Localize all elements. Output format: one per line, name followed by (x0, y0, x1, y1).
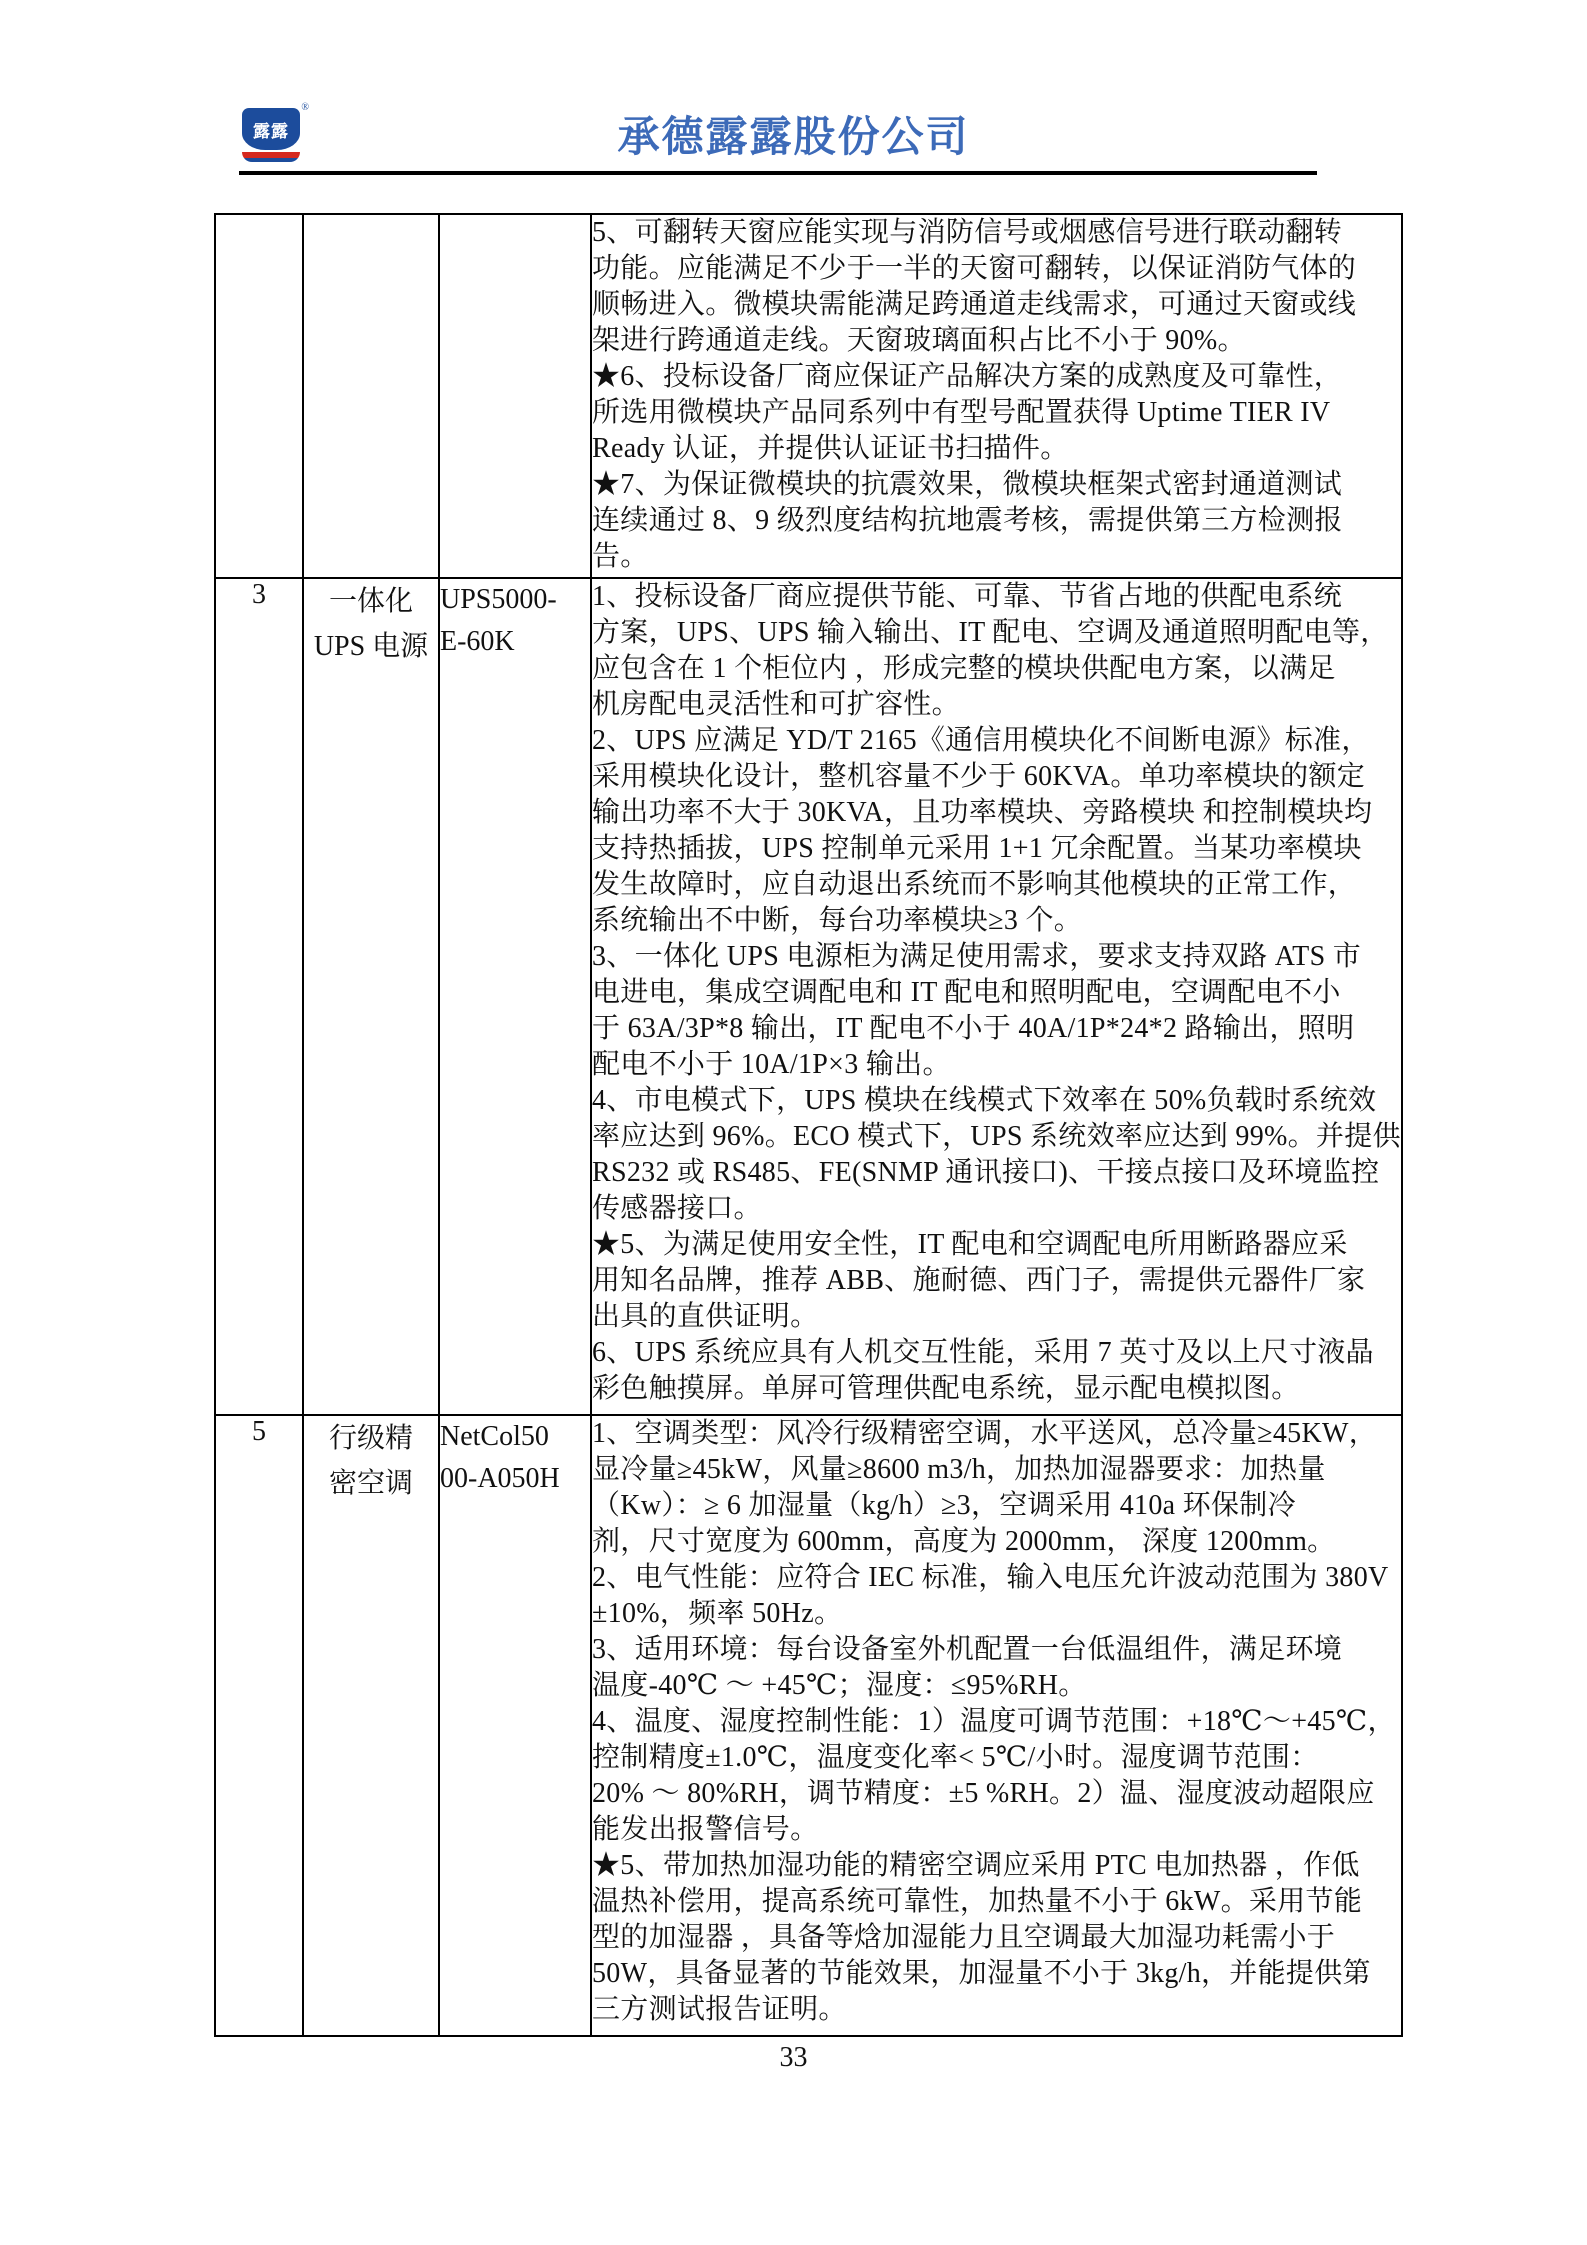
cell-item-spec: 1、空调类型：风冷行级精密空调，水平送风，总冷量≥45KW，显冷量≥45kW，风… (591, 1415, 1402, 2036)
text-line: 用知名品牌，推荐 ABB、施耐德、西门子，需提供元器件厂家 (592, 1263, 1401, 1299)
table-row: 5 行级精密空调 NetCol5000-A050H 1、空调类型：风冷行级精密空… (215, 1415, 1402, 2036)
cell-item-number (215, 214, 303, 578)
cell-item-name: 行级精密空调 (303, 1415, 439, 2036)
text-line: 出具的直供证明。 (592, 1299, 1401, 1335)
cell-item-model: UPS5000-E-60K (439, 578, 591, 1415)
text-line: 2、UPS 应满足 YD/T 2165《通信用模块化不间断电源》标准， (592, 723, 1401, 759)
text-line: 行级精 (304, 1416, 438, 1461)
text-line: 2、电气性能：应符合 IEC 标准，输入电压允许波动范围为 380V (592, 1560, 1401, 1596)
cell-item-model (439, 214, 591, 578)
cell-item-spec: 5、可翻转天窗应能实现与消防信号或烟感信号进行联动翻转功能。应能满足不少于一半的… (591, 214, 1402, 578)
text-line: RS232 或 RS485、FE(SNMP 通讯接口)、干接点接口及环境监控 (592, 1155, 1401, 1191)
table-row: 5、可翻转天窗应能实现与消防信号或烟感信号进行联动翻转功能。应能满足不少于一半的… (215, 214, 1402, 578)
text-line: E-60K (440, 621, 590, 663)
text-line: 功能。应能满足不少于一半的天窗可翻转，以保证消防气体的 (592, 251, 1401, 287)
text-line: 彩色触摸屏。单屏可管理供配电系统，显示配电模拟图。 (592, 1371, 1401, 1407)
text-line: 所选用微模块产品同系列中有型号配置获得 Uptime TIER IV (592, 395, 1401, 431)
text-line: UPS 电源 (304, 624, 438, 669)
text-line: 率应达到 96%。ECO 模式下，UPS 系统效率应达到 99%。并提供 (592, 1119, 1401, 1155)
text-line: 20% ～ 80%RH，调节精度：±5 %RH。2）温、湿度波动超限应 (592, 1776, 1401, 1812)
text-line: 5、可翻转天窗应能实现与消防信号或烟感信号进行联动翻转 (592, 215, 1401, 251)
cell-item-number: 5 (215, 1415, 303, 2036)
text-line: 能发出报警信号。 (592, 1812, 1401, 1848)
text-line: 6、UPS 系统应具有人机交互性能，采用 7 英寸及以上尺寸液晶 (592, 1335, 1401, 1371)
text-line: 剂，尺寸宽度为 600mm，高度为 2000mm， 深度 1200mm。 (592, 1524, 1401, 1560)
text-line: 机房配电灵活性和可扩容性。 (592, 687, 1401, 723)
text-line: 1、投标设备厂商应提供节能、可靠、节省占地的供配电系统 (592, 579, 1401, 615)
text-line: ★7、为保证微模块的抗震效果，微模块框架式密封通道测试 (592, 467, 1401, 503)
text-line: ±10%，频率 50Hz。 (592, 1596, 1401, 1632)
text-line: 密空调 (304, 1461, 438, 1506)
text-line: 输出功率不大于 30KVA，且功率模块、旁路模块 和控制模块均 (592, 795, 1401, 831)
text-line: ★5、为满足使用安全性，IT 配电和空调配电所用断路器应采 (592, 1227, 1401, 1263)
text-line: ★6、投标设备厂商应保证产品解决方案的成熟度及可靠性， (592, 359, 1401, 395)
page-number: 33 (0, 2042, 1587, 2074)
text-line: 电进电，集成空调配电和 IT 配电和照明配电，空调配电不小 (592, 975, 1401, 1011)
text-line: 3、适用环境：每台设备室外机配置一台低温组件，满足环境 (592, 1632, 1401, 1668)
text-line: 顺畅进入。微模块需能满足跨通道走线需求，可通过天窗或线 (592, 287, 1401, 323)
company-name: 承德露露股份公司 (0, 104, 1587, 164)
text-line: 型的加湿器 ，具备等焓加湿能力且空调最大加湿功耗需小于 (592, 1920, 1401, 1956)
text-line: 显冷量≥45kW，风量≥8600 m3/h，加热加湿器要求：加热量 (592, 1452, 1401, 1488)
text-line: 温热补偿用，提高系统可靠性，加热量不小于 6kW。采用节能 (592, 1884, 1401, 1920)
text-line: 方案，UPS、UPS 输入输出、IT 配电、空调及通道照明配电等， (592, 615, 1401, 651)
text-line: 三方测试报告证明。 (592, 1992, 1401, 2028)
cell-item-number: 3 (215, 578, 303, 1415)
text-line: 50W，具备显著的节能效果，加湿量不小于 3kg/h，并能提供第 (592, 1956, 1401, 1992)
text-line: 采用模块化设计，整机容量不少于 60KVA。单功率模块的额定 (592, 759, 1401, 795)
header-divider (239, 171, 1317, 175)
text-line: 发生故障时，应自动退出系统而不影响其他模块的正常工作， (592, 867, 1401, 903)
text-line: ★5、带加热加湿功能的精密空调应采用 PTC 电加热器 ，作低 (592, 1848, 1401, 1884)
text-line: 1、空调类型：风冷行级精密空调，水平送风，总冷量≥45KW， (592, 1416, 1401, 1452)
cell-item-name: 一体化UPS 电源 (303, 578, 439, 1415)
text-line: 4、温度、湿度控制性能：1）温度可调节范围：+18℃～+45℃， (592, 1704, 1401, 1740)
text-line: 于 63A/3P*8 输出，IT 配电不小于 40A/1P*24*2 路输出，照… (592, 1011, 1401, 1047)
text-line: 4、市电模式下，UPS 模块在线模式下效率在 50%负载时系统效 (592, 1083, 1401, 1119)
text-line: 连续通过 8、9 级烈度结构抗地震考核，需提供第三方检测报 (592, 503, 1401, 539)
text-line: NetCol50 (440, 1416, 590, 1458)
text-line: 架进行跨通道走线。天窗玻璃面积占比不小于 90%。 (592, 323, 1401, 359)
cell-item-model: NetCol5000-A050H (439, 1415, 591, 2036)
document-page: 露露 ® 承德露露股份公司 5、可翻转天窗应能实现与消防信号或烟感信号进行联动翻… (0, 0, 1587, 2245)
text-line: 支持热插拔，UPS 控制单元采用 1+1 冗余配置。当某功率模块 (592, 831, 1401, 867)
text-line: 3、一体化 UPS 电源柜为满足使用需求，要求支持双路 ATS 市 (592, 939, 1401, 975)
text-line: Ready 认证，并提供认证证书扫描件。 (592, 431, 1401, 467)
text-line: 一体化 (304, 579, 438, 624)
cell-item-name (303, 214, 439, 578)
text-line: UPS5000- (440, 579, 590, 621)
text-line: 00-A050H (440, 1458, 590, 1500)
spec-table: 5、可翻转天窗应能实现与消防信号或烟感信号进行联动翻转功能。应能满足不少于一半的… (214, 213, 1403, 2037)
cell-item-spec: 1、投标设备厂商应提供节能、可靠、节省占地的供配电系统方案，UPS、UPS 输入… (591, 578, 1402, 1415)
text-line: 系统输出不中断，每台功率模块≥3 个。 (592, 903, 1401, 939)
text-line: 应包含在 1 个柜位内 ，形成完整的模块供配电方案，以满足 (592, 651, 1401, 687)
text-line: 传感器接口。 (592, 1191, 1401, 1227)
table-row: 3 一体化UPS 电源 UPS5000-E-60K 1、投标设备厂商应提供节能、… (215, 578, 1402, 1415)
text-line: 控制精度±1.0℃，温度变化率< 5℃/小时。湿度调节范围： (592, 1740, 1401, 1776)
text-line: 配电不小于 10A/1P×3 输出。 (592, 1047, 1401, 1083)
text-line: 温度-40℃ ～ +45℃；湿度：≤95%RH。 (592, 1668, 1401, 1704)
text-line: 告。 (592, 539, 1401, 575)
text-line: （Kw）：≥ 6 加湿量（kg/h）≥3，空调采用 410a 环保制冷 (592, 1488, 1401, 1524)
